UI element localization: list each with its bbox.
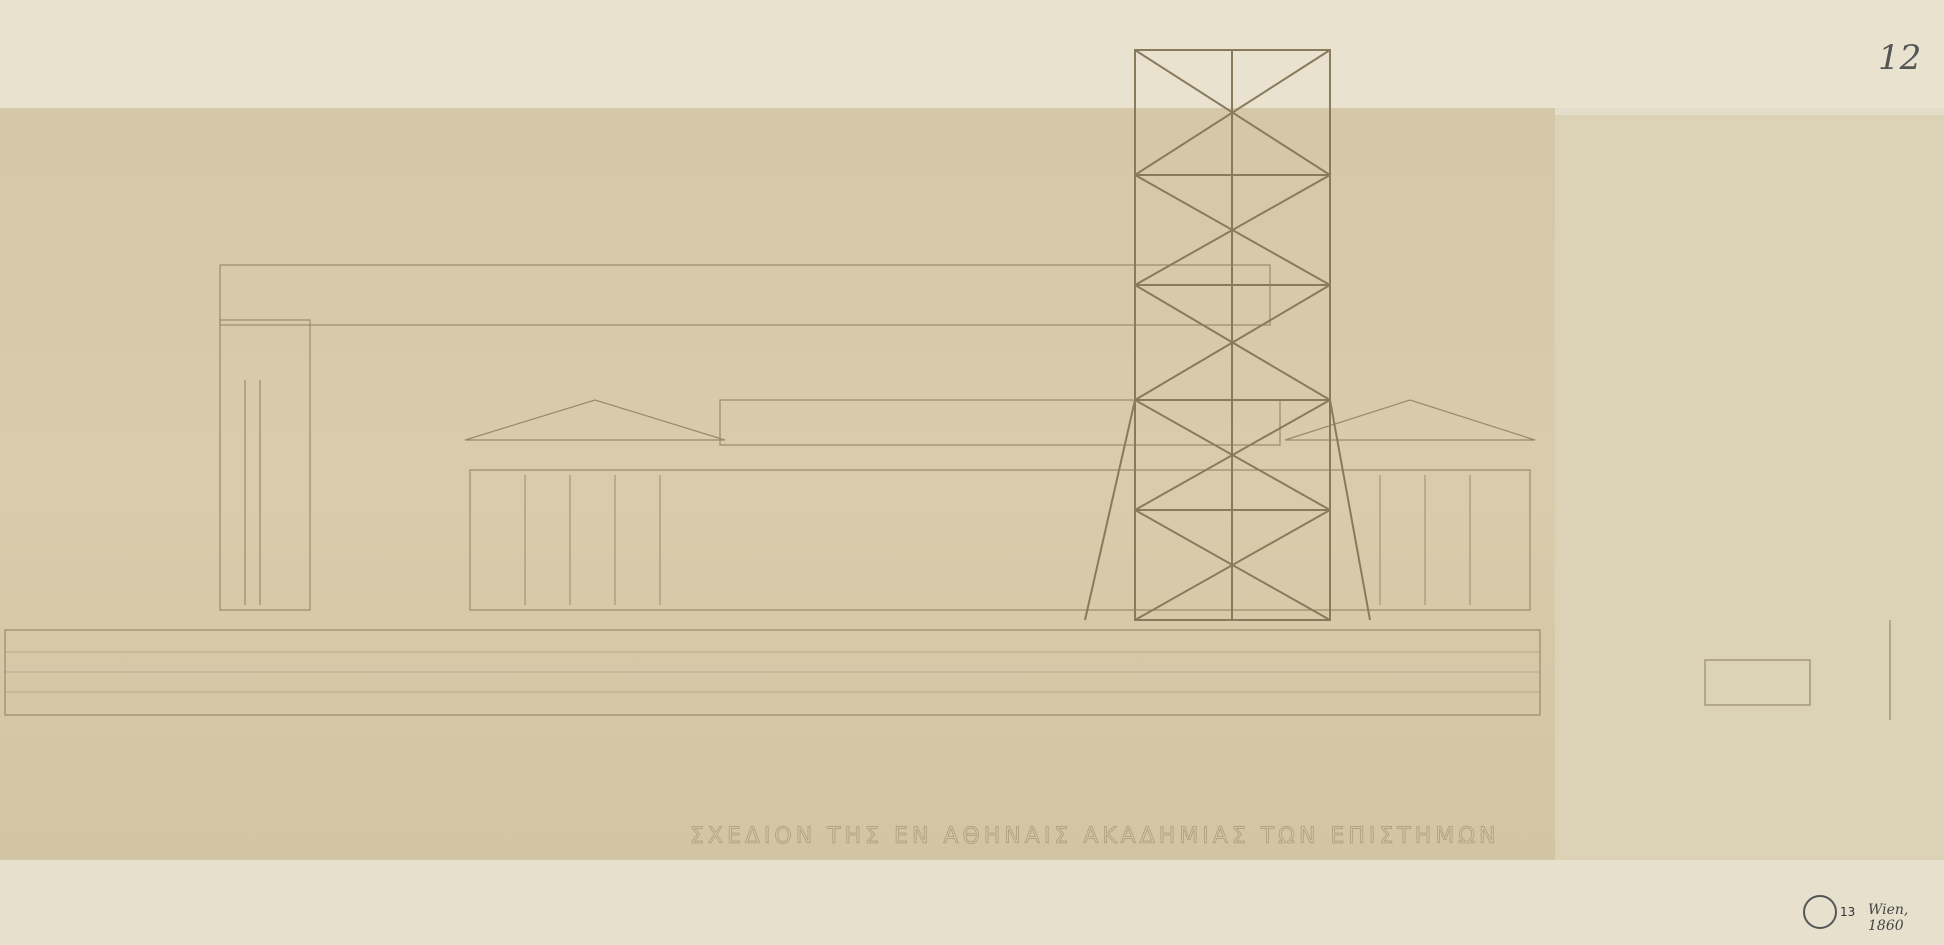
stamp-number: 13 [1840, 905, 1855, 919]
drawing-caption: ΣΧΕΔΙΟΝ ΤΗΣ ΕΝ ΑΘΗΝΑΙΣ ΑΚΑΔΗΜΙΑΣ ΤΩΝ ΕΠΙ… [690, 824, 1500, 849]
balustrade-roof [220, 265, 1270, 325]
attic-frieze [720, 400, 1280, 445]
signature: Wien, 1860 [1868, 902, 1944, 934]
scaffolding-tower [1085, 50, 1370, 620]
left-pediment [465, 400, 725, 440]
foundation-wall [5, 630, 1540, 715]
architectural-elevation [0, 0, 1944, 945]
right-pediment [1285, 400, 1535, 440]
left-wing [220, 320, 310, 610]
pedestal [1705, 660, 1810, 705]
drawing-sheet: ΣΧΕΔΙΟΝ ΤΗΣ ΕΝ ΑΘΗΝΑΙΣ ΑΚΑΔΗΜΙΑΣ ΤΩΝ ΕΠΙ… [0, 0, 1944, 945]
library-stamp [1803, 895, 1837, 929]
page-number: 12 [1878, 38, 1921, 78]
colonnade [470, 470, 1530, 610]
